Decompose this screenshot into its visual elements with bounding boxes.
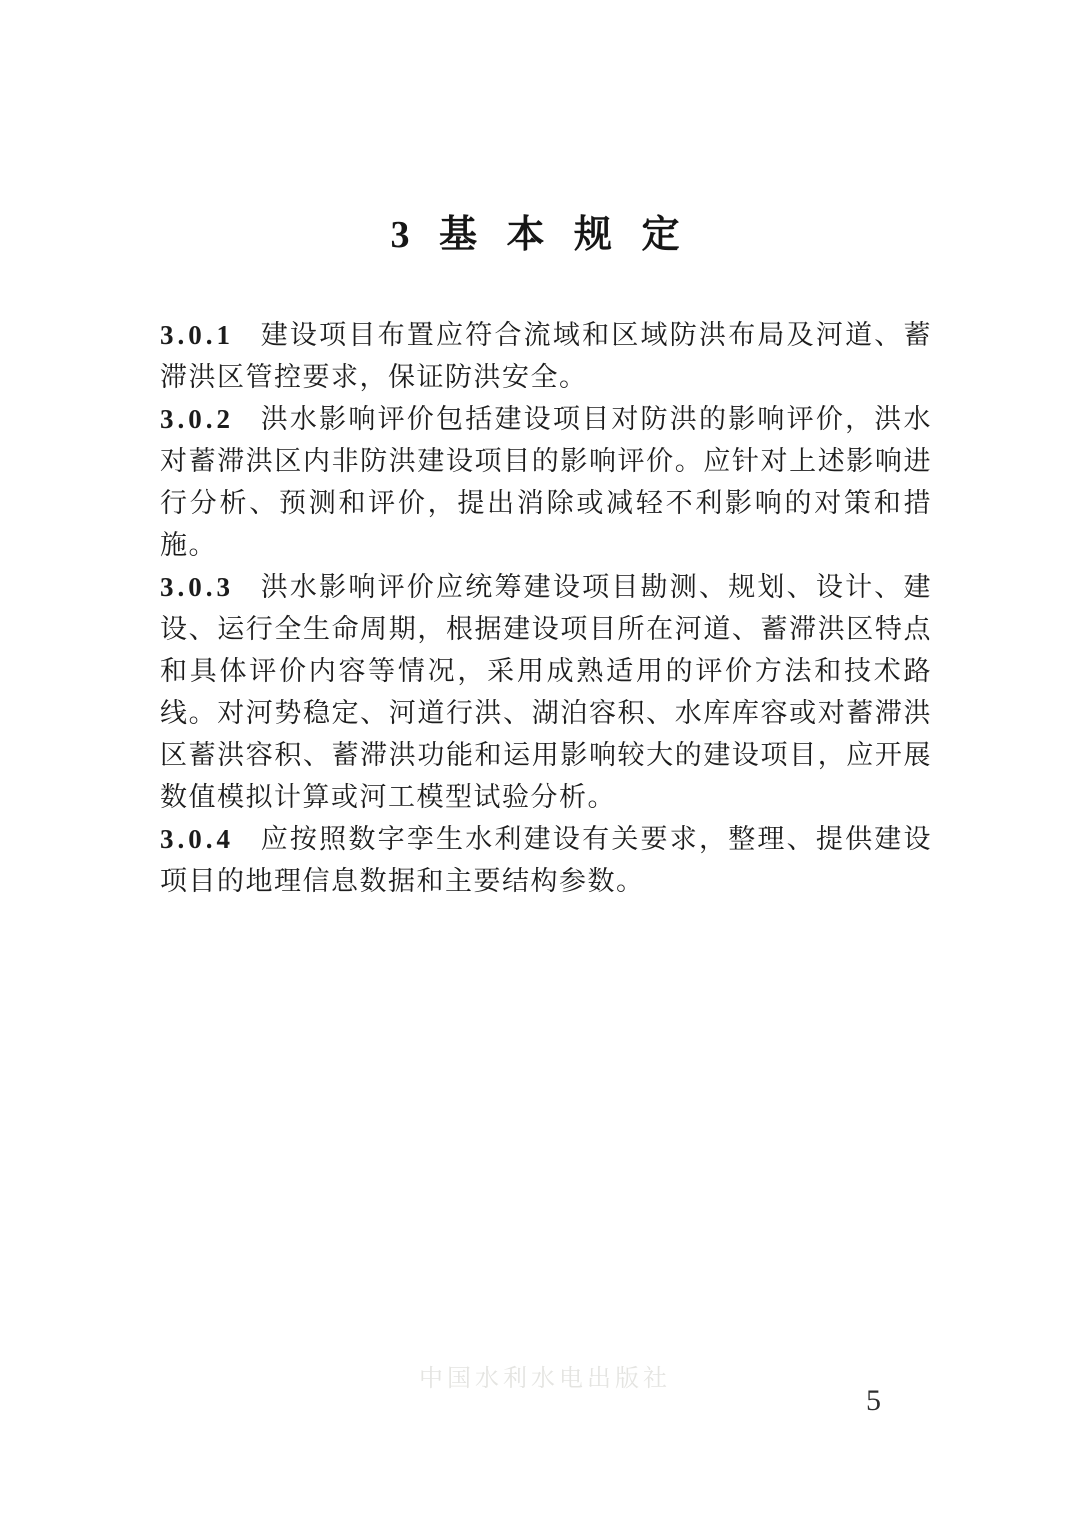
publisher-watermark: 中国水利水电出版社 xyxy=(419,1358,671,1393)
document-page: 3 基 本 规 定 3.0.1建设项目布置应符合流域和区域防洪布局及河道、蓄滞洪… xyxy=(0,0,1080,1527)
section-number: 3.0.1 xyxy=(160,320,260,350)
section-text: 应按照数字孪生水利建设有关要求，整理、提供建设项目的地理信息数据和主要结构参数。 xyxy=(160,824,932,896)
section-paragraph: 3.0.3洪水影响评价应统筹建设项目勘测、规划、设计、建设、运行全生命周期，根据… xyxy=(160,566,932,818)
section-number: 3.0.2 xyxy=(160,404,260,434)
page-number: 5 xyxy=(866,1384,881,1418)
body-text: 3.0.1建设项目布置应符合流域和区域防洪布局及河道、蓄滞洪区管控要求，保证防洪… xyxy=(160,314,932,902)
section-text: 洪水影响评价包括建设项目对防洪的影响评价，洪水对蓄滞洪区内非防洪建设项目的影响评… xyxy=(160,404,932,560)
section-paragraph: 3.0.2洪水影响评价包括建设项目对防洪的影响评价，洪水对蓄滞洪区内非防洪建设项… xyxy=(160,398,932,566)
section-text: 洪水影响评价应统筹建设项目勘测、规划、设计、建设、运行全生命周期，根据建设项目所… xyxy=(160,572,932,812)
chapter-title: 3 基 本 规 定 xyxy=(0,203,1080,258)
section-number: 3.0.3 xyxy=(160,572,260,602)
section-paragraph: 3.0.1建设项目布置应符合流域和区域防洪布局及河道、蓄滞洪区管控要求，保证防洪… xyxy=(160,314,932,398)
section-text: 建设项目布置应符合流域和区域防洪布局及河道、蓄滞洪区管控要求，保证防洪安全。 xyxy=(160,320,932,392)
section-number: 3.0.4 xyxy=(160,824,260,854)
section-paragraph: 3.0.4应按照数字孪生水利建设有关要求，整理、提供建设项目的地理信息数据和主要… xyxy=(160,818,932,902)
